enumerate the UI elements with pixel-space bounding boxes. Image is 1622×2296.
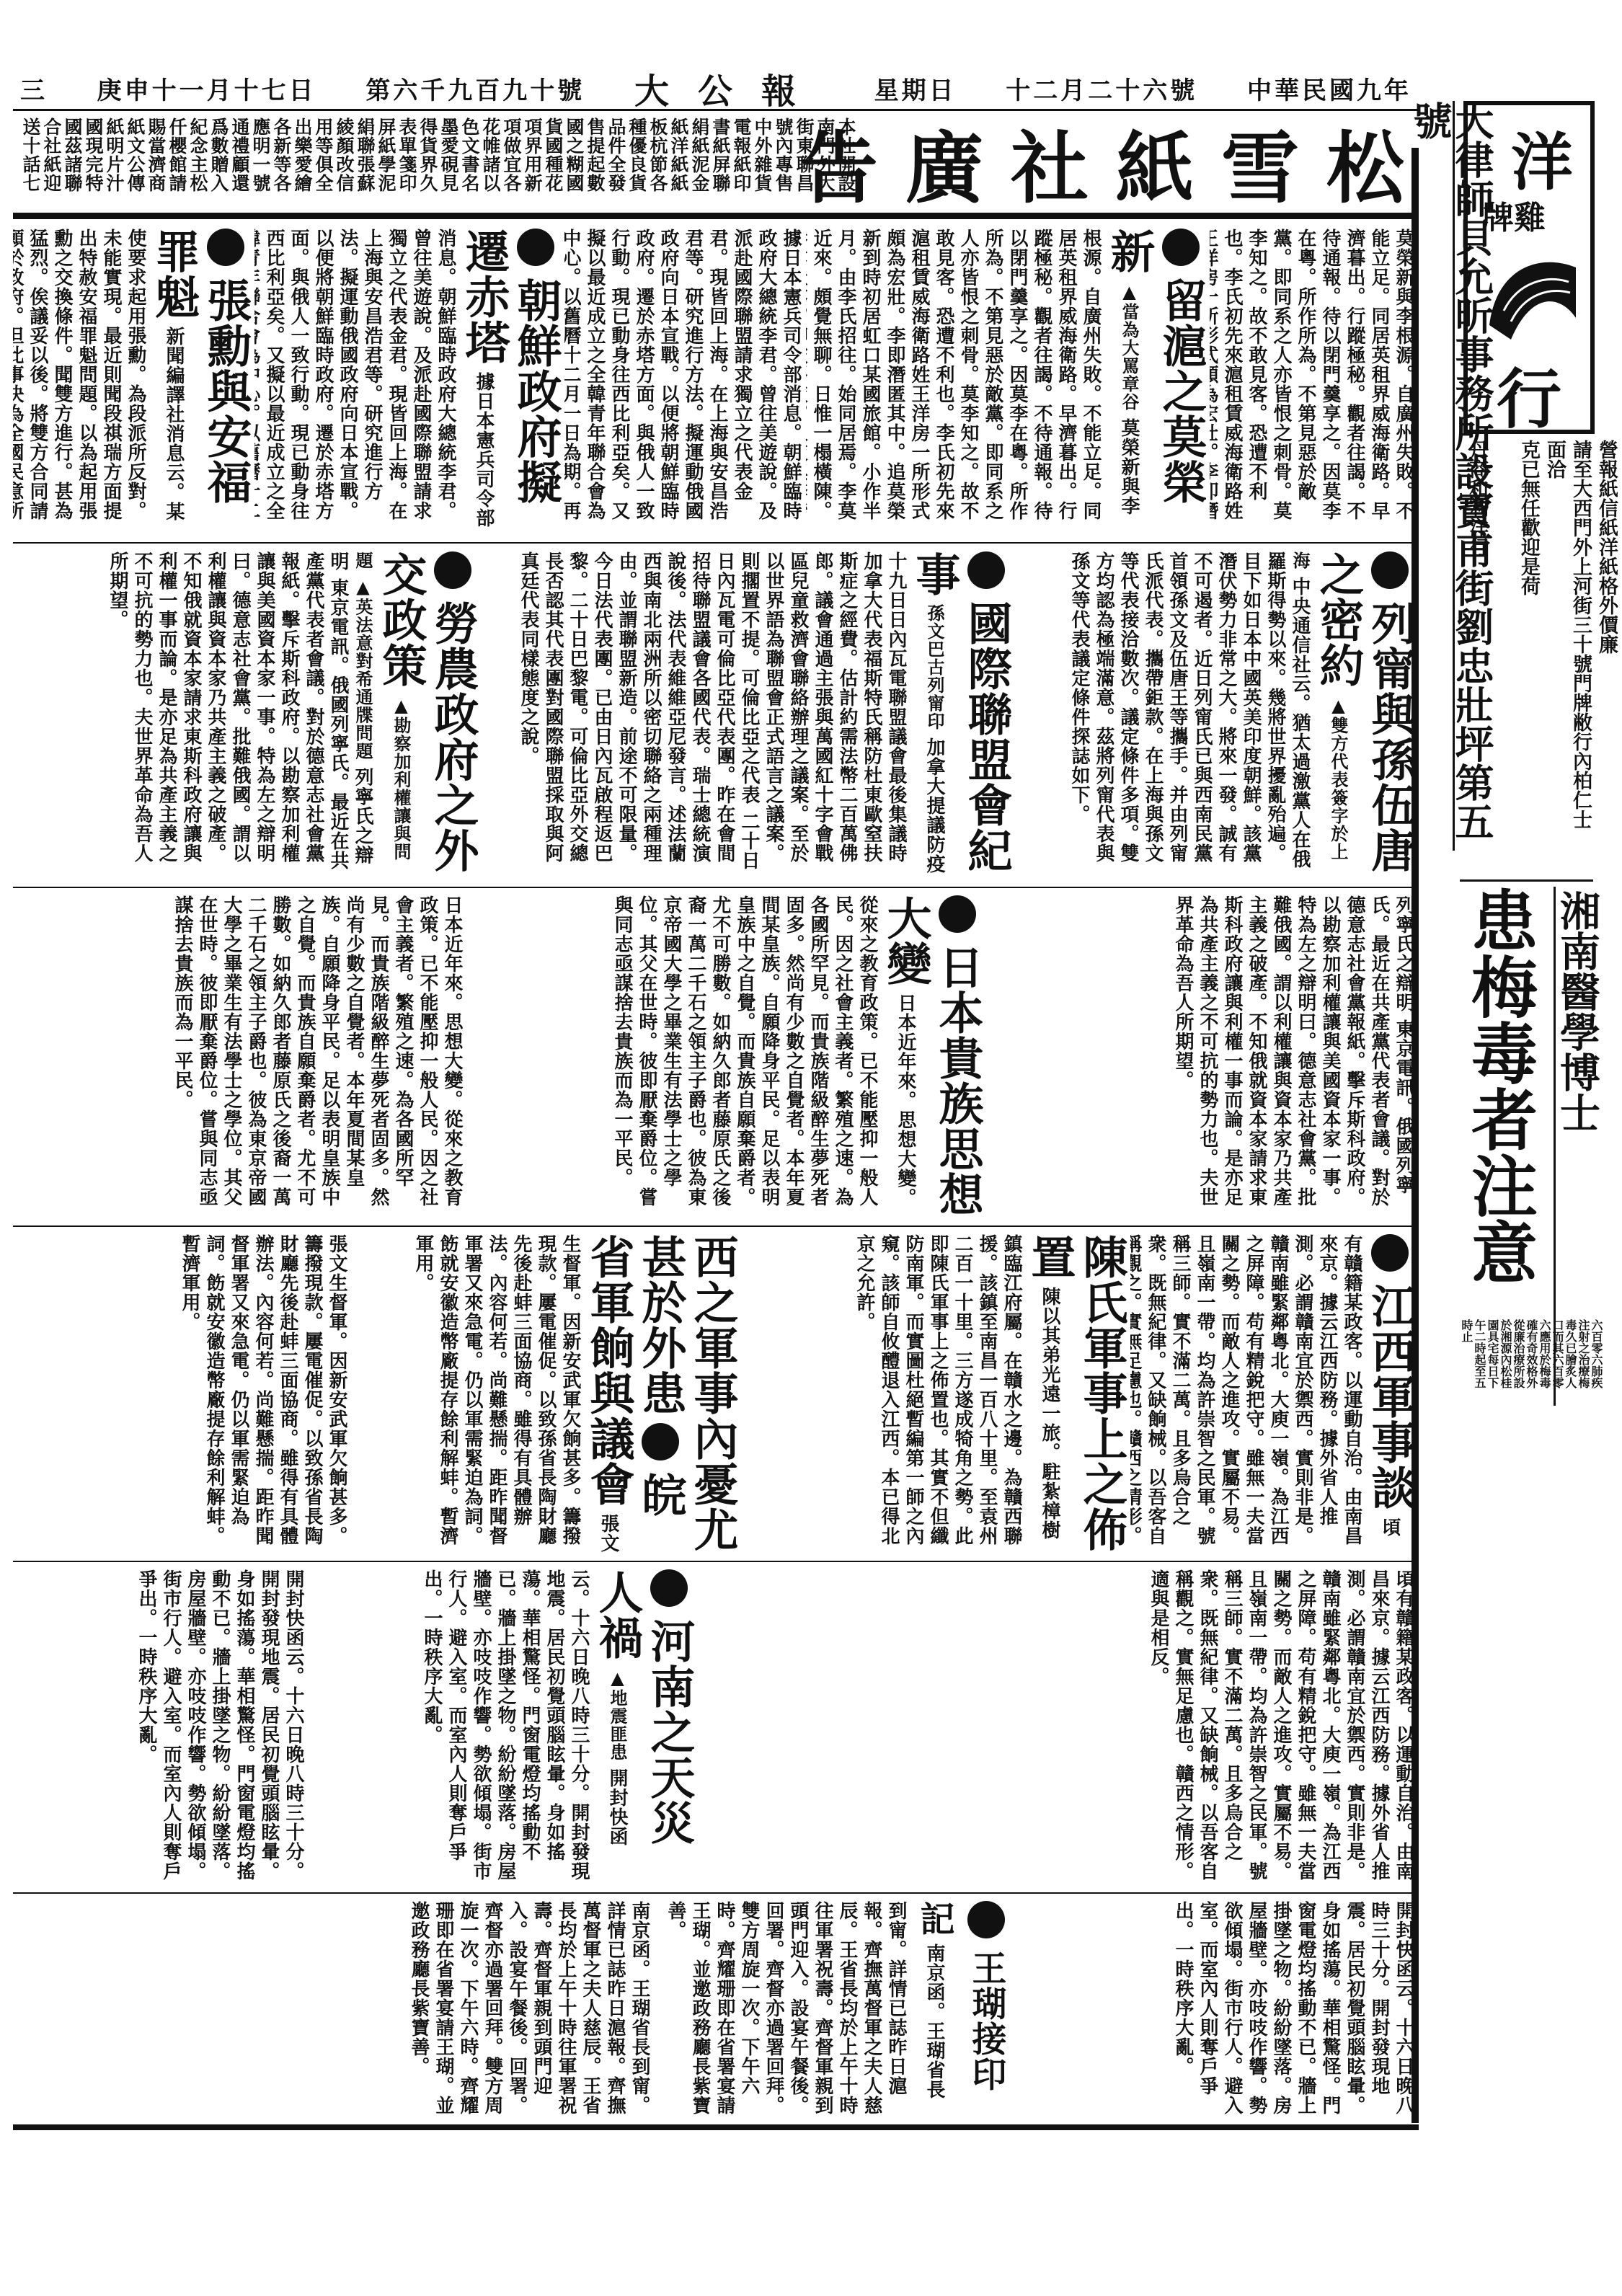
article-henan-disaster: 河南之天災人禍 ▲地震匪患 開封快函云。十六日晚八時三十分。開封發現地震。居民初… — [309, 1562, 698, 1892]
subhead: ▲當為大罵章谷 — [1119, 281, 1140, 411]
banner-title-char: 告 — [800, 106, 878, 218]
brand-char-1: 洋 — [1511, 112, 1573, 202]
bullet-icon — [207, 229, 244, 266]
article-labor-gov: 勞農政府之外交政策 ▲勘察加利權讓與問題 ▲英法意對希通牒問題 列寧氏之辯明 東… — [13, 544, 482, 885]
issue-number: 第六千九百九十號 — [365, 71, 585, 106]
masthead-rule — [13, 109, 1419, 111]
ad-rule — [1460, 879, 1593, 882]
brand-char-2: 行 — [1497, 347, 1561, 440]
trading-ad-welcome: 克已無任歡迎是荷 — [1517, 440, 1540, 595]
banner-title-char: 社 — [1011, 106, 1089, 218]
bullet-icon — [967, 1901, 1005, 1938]
trading-ad-body: 本行經理新式活字機器印刷所發行各種書籍專營報紙信紙洋紙格外價廉 — [1595, 440, 1622, 829]
western-date: 十二月二十六號 — [1006, 71, 1197, 106]
article-body: 日本近年來。思想大變。從來之教育政策。已不能壓抑一般人民。因之社會主義者。繁殖之… — [611, 895, 916, 1207]
article-wang-seal: 王瑚接印記 南京函。王瑚省長到甯。詳情已誌昨日滬報。齊撫萬督軍之夫人慈辰。王省長… — [655, 1894, 1015, 2123]
weekday: 星期日 — [874, 71, 957, 106]
banner-title-char: 紙 — [1116, 106, 1194, 218]
article-body: 莫榮新與李根源。自廣州失敗。不能立足。同居英租界威海衛路。早濟暮出。行蹤極秘。觀… — [1210, 229, 1414, 520]
band-6: 開封快函云。十六日晚八時三十分。開封發現地震。居民初覺頭腦眩暈。身如搖蕩。華相驚… — [13, 1894, 1419, 2123]
article-league-nations: 國際聯盟會紀事 孫文巴古列甯印 加拿大提議防疫 十九日日內瓦電聯盟議會最後集議時… — [482, 544, 1015, 885]
article-wang-continued: 南京函。王瑚省長到甯。詳情已誌昨日滬報。齊撫萬督軍之夫人慈辰。王省長均於上午十時… — [13, 1894, 655, 2123]
trading-ad-address: 請至大西門外上河街三十號門牌敝行內柏仁士面洽 — [1543, 440, 1592, 829]
doctor-ad: 湘南醫學博士 — [1557, 890, 1593, 2080]
bullet-icon — [642, 1423, 679, 1461]
article-jiangxi-military: 江西軍事談 頃有贛籍某政客。以運動自治。由南昌來京。據云江西防務。據外省人推測。… — [1130, 1227, 1419, 1561]
article-zhang-xun: 張勳與安福罪魁 新聞編譯社消息云。某使要求起用張勳。為段派所反對。未能實現。最近… — [13, 221, 254, 541]
article-body: 南京函。王瑚省長到甯。詳情已誌昨日滬報。齊撫萬督軍之夫人慈辰。王省長均於上午十時… — [665, 1901, 945, 2115]
bullet-icon — [1371, 551, 1409, 589]
subhead: 孫文巴古列甯印 — [924, 604, 945, 730]
article-japan-continued: 日本近年來。思想大變。從來之教育政策。已不能壓抑一般人民。因之社會主義者。繁殖之… — [13, 888, 467, 1225]
article-labor-continued: 列寧氏之辯明 東京電訊。俄國列寧氏。最近在共產黨代表者會議。對於德意志社會黨報紙… — [986, 888, 1419, 1225]
newspaper-page: 中華民國九年 十二月二十六號 星期日 大公報 第六千九百九十號 庚申十一月十七日… — [13, 68, 1609, 2130]
article-body: 中央通信社云。猶太過激黨人在俄羅斯得勢以來。幾將世界擾亂殆遍。目下如日本中國英美… — [1068, 551, 1311, 869]
right-ad-column: 大律師貝允昕事務所設寶甫街劉忠壯坪第五號 洋 牌雞 行 本行經理新式活字機器印刷… — [1409, 72, 1596, 2062]
article-body: 張文生督軍。因新安武軍欠餉甚多。籌撥現款。屢電催促。以致孫省長陶財廳先後赴蚌三面… — [179, 1234, 347, 1546]
bullet-icon — [1371, 1234, 1409, 1272]
article-body: 頃有贛籍某政客。以運動自治。由南昌來京。據云江西防務。據外省人推測。必謂贛南宜於… — [1130, 1234, 1401, 1546]
bullet-icon — [517, 229, 554, 266]
bullet-icon — [967, 551, 1005, 589]
banner-title-char: 松 — [1326, 106, 1404, 218]
banner-title-char: 廣 — [905, 106, 983, 218]
article-henan-prev: 頃有贛籍某政客。以運動自治。由南昌來京。據云江西防務。據外省人推測。必謂贛南宜於… — [698, 1562, 1419, 1892]
article-intro-text: 莫榮新與李根源。自廣州失敗。不能立足。同居英租界威海衛路。早濟暮出。行蹤極秘。觀… — [1210, 221, 1419, 541]
bullet-icon — [939, 895, 976, 933]
article-body: 頃有贛籍某政客。以運動自治。由南昌來京。據云江西防務。據外省人推測。必謂贛南宜於… — [1148, 1569, 1414, 1881]
article-korea-gov: 朝鮮政府擬遷赤塔 據日本憲兵司令部消息。朝鮮臨時政府大總統李君。曾往美遊說。及派… — [254, 221, 564, 541]
band-1: 莫榮新與李根源。自廣州失敗。不能立足。同居英租界威海衛路。早濟暮出。行蹤極秘。觀… — [13, 221, 1419, 541]
band-4: 江西軍事談 頃有贛籍某政客。以運動自治。由南昌來京。據云江西防務。據外省人推測。… — [13, 1227, 1419, 1561]
band-2: 列甯與孫伍唐之密約 ▲雙方代表簽字於上海 中央通信社云。猶太過激黨人在俄羅斯得勢… — [13, 544, 1419, 885]
masthead: 中華民國九年 十二月二十六號 星期日 大公報 第六千九百九十號 庚申十一月十七日… — [13, 68, 1419, 108]
article-body: 開封快函云。十六日晚八時三十分。開封發現地震。居民初覺頭腦眩暈。身如搖蕩。華相驚… — [1172, 1901, 1414, 2115]
article-body: 列寧氏之辯明 東京電訊。俄國列寧氏。最近在共產黨代表者會議。對於德意志社會黨報紙… — [107, 551, 373, 870]
rooster-brand-ad: 洋 牌雞 行 — [1463, 101, 1595, 434]
trading-co-ad: 本行經理新式活字機器印刷所發行各種書籍專營報紙信紙洋紙格外價廉 請至大西門外上河… — [1463, 440, 1590, 865]
banner-title-char: 雪 — [1221, 106, 1299, 218]
article-body: 列寧氏之辯明 東京電訊。俄國列寧氏。最近在共產黨代表者會議。對於德意志社會黨報紙… — [1172, 895, 1414, 1207]
article-lenin-sun: 列甯與孫伍唐之密約 ▲雙方代表簽字於上海 中央通信社云。猶太過激黨人在俄羅斯得勢… — [1015, 544, 1419, 885]
trading-ad-text: 本行經理新式活字機器印刷所發行各種書籍專營報紙信紙洋紙格外價廉 請至大西門外上河… — [1463, 440, 1622, 843]
article-body: 莫榮新與李根源。自廣州失敗。不能立足。同居英租界威海衛路。早濟暮出。行蹤極秘。觀… — [806, 229, 1140, 520]
bullet-icon — [1162, 229, 1200, 266]
band-rule — [13, 542, 1419, 544]
article-body: 日本近年來。思想大變。從來之教育政策。已不能壓抑一般人民。因之社會主義者。繁殖之… — [172, 895, 463, 1207]
article-body: 據日本憲兵司令部消息。朝鮮臨時政府大總統李君。曾往美遊說。及派赴國際聯盟請求獨立… — [564, 229, 802, 520]
article-mo-rongxin: 留滬之莫榮新 ▲當為大罵章谷 莫榮新與李根源。自廣州失敗。不能立足。同居英租界威… — [806, 221, 1210, 541]
page-number: 三 — [20, 71, 48, 106]
article-anhui-military: 西之軍事內憂尤甚於外患 皖省軍餉與議會 張文生督軍。因新安武軍欠餉甚多。籌撥現款… — [352, 1227, 741, 1561]
article-anhui-continued: 張文生督軍。因新安武軍欠餉甚多。籌撥現款。屢電催促。以致孫省長陶財廳先後赴蚌三面… — [13, 1227, 352, 1561]
article-body: 陳以其弟光遠一旅。駐紮樟樹鎮臨江府屬。在贛水之邊。為贛西聯援。該鎮至南昌一百八十… — [854, 1234, 1060, 1546]
bottom-rule — [13, 2124, 1419, 2130]
rooster-emblem-icon — [1475, 239, 1583, 347]
lawyer-ad: 大律師貝允昕事務所設寶甫街劉忠壯坪第五號 — [1409, 101, 1455, 851]
subhead: ▲地震匪患 — [607, 1667, 628, 1761]
article-body: 加拿大提議防疫 十九日日內瓦電聯盟議會最後集議時加拿大代表福斯特氏稱防杜東歐窒扶… — [518, 551, 945, 874]
banner-ad: 本社開設南門外大街東聯昌號內專售中外雜貨電報紙印書紙屏聯絹紙泥金紙洋紙紙板杭節各… — [13, 113, 1419, 210]
banner-rule — [13, 213, 1419, 219]
syphilis-ad: 患梅毒者注意 六百零六肺疾注射之治療梅毒久已膾炙人口而其六百零六應用於梅毒確有奇… — [1460, 887, 1556, 1406]
banner-ad-body: 本社開設南門外大街東聯昌號內專售中外雜貨電報紙印書紙屏聯絹紙泥金紙洋紙紙板杭節各… — [20, 118, 856, 208]
article-band6-right: 開封快函云。十六日晚八時三十分。開封發現地震。居民初覺頭腦眩暈。身如搖蕩。華相驚… — [1015, 1894, 1419, 2123]
doctor-ad-title: 湘南醫學博士 — [1557, 890, 1597, 1467]
article-henan-continued: 開封快函云。十六日晚八時三十分。開封發現地震。居民初覺頭腦眩暈。身如搖蕩。華相驚… — [13, 1562, 309, 1892]
brand-small: 牌雞 — [1482, 192, 1546, 238]
lunar-date: 庚申十一月十七日 — [97, 71, 316, 106]
band-3: 列寧氏之辯明 東京電訊。俄國列寧氏。最近在共產黨代表者會議。對於德意志社會黨報紙… — [13, 888, 1419, 1225]
newspaper-title: 大公報 — [634, 63, 825, 113]
bullet-icon — [650, 1569, 688, 1607]
article-chen-military: 陳氏軍事上之佈置 陳以其弟光遠一旅。駐紮樟樹鎮臨江府屬。在贛水之邊。為贛西聯援。… — [741, 1227, 1130, 1561]
trading-ad-signature: 丹商和利洋行 — [1466, 440, 1488, 557]
bullet-icon — [434, 551, 471, 589]
republic-year: 中華民國九年 — [1247, 71, 1412, 106]
banner-ad-title: 松雪紙社廣告 — [800, 113, 1404, 210]
syphilis-ad-title: 患梅毒者注意 — [1460, 887, 1539, 1319]
article-body: 開封快函云。十六日晚八時三十分。開封發現地震。居民初覺頭腦眩暈。身如搖蕩。華相驚… — [136, 1569, 304, 1881]
article-japan-nobility: 日本貴族思想大變 日本近年來。思想大變。從來之教育政策。已不能壓抑一般人民。因之… — [467, 888, 986, 1225]
article-body: 南京函。王瑚省長到甯。詳情已誌昨日滬報。齊撫萬督軍之夫人慈辰。王省長均於上午十時… — [408, 1901, 650, 2115]
article-continued: 據日本憲兵司令部消息。朝鮮臨時政府大總統李君。曾往美遊說。及派赴國際聯盟請求獨立… — [564, 221, 806, 541]
band-5: 頃有贛籍某政客。以運動自治。由南昌來京。據云江西防務。據外省人推測。必謂贛南宜於… — [13, 1562, 1419, 1892]
